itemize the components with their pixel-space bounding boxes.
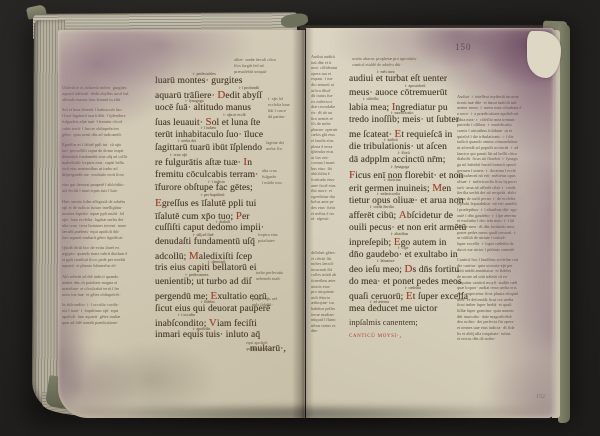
interlinear-gloss: i· altaribus xyxy=(391,231,408,236)
red-initial: A xyxy=(399,209,407,221)
interlinear-gloss: i· uſq̄ ad finē xyxy=(193,232,214,237)
interlinear-gloss: i· perſecutiōes xyxy=(193,71,216,76)
text-segment: inmari equis tuis· inluto aq̄ xyxy=(155,330,260,340)
text-segment: ſuas leuauit· xyxy=(155,118,205,128)
gloss-paragraph: Quidā dicūt hoc de exitu iſrael exægypto… xyxy=(62,245,156,269)
interlinear-gloss: i· miſericordia xyxy=(377,191,400,196)
text-segment: edit abyſſ xyxy=(225,91,262,101)
gloss-line: ducet me uictor ī pſalmis canentē· xyxy=(457,247,553,253)
gloss-line: uehemēs mali· xyxy=(256,276,306,282)
gloss-line: luto aquarū multarū gētes ſignificat· xyxy=(62,235,156,241)
gloss-line: uiā feciſti ī mari equis tuis ī luto· xyxy=(62,188,156,194)
text-segment: er xyxy=(242,212,250,222)
interlinear-gloss: i· cōfeſſio xyxy=(363,96,379,101)
text-segment: uenientib; ut turbo ad diſ xyxy=(155,277,252,287)
gloss-paragraph: Alii referūt ad diē iudicii quandoueniet… xyxy=(62,274,156,298)
side-gloss-block: pauper xp̄s uelppls fideliū· xyxy=(252,296,306,308)
side-gloss-block: aſta cruxfulgurās·ī mūdo toto xyxy=(262,168,306,186)
red-initial: M xyxy=(432,182,442,194)
interlinear-gloss: i· doctrina xyxy=(384,177,401,182)
side-gloss-block: i· xp̄s ſoleccleſia lunaſtāt ī crucedū p… xyxy=(268,96,306,120)
bottom-shadow xyxy=(40,408,560,432)
gloss-line: uerba ſc̄a· xyxy=(266,146,306,152)
interlinear-gloss: i· uerba dei xyxy=(178,138,196,143)
top-gloss-block: oratio abacuc prophetæ pro ignorātiis·ca… xyxy=(352,56,472,68)
text-segment: fremitu cōculcabis terram· xyxy=(155,170,258,180)
text-segment: greſſus es īſalutē ppli tui xyxy=(162,199,257,209)
interlinear-gloss: i· iudicii xyxy=(384,137,398,142)
interlinear-gloss: i· ad æterna xyxy=(370,299,389,304)
interlinear-gloss: i· dæmonū xyxy=(208,259,225,264)
gloss-line: dū patitur· xyxy=(268,114,306,120)
gloss-line: præualebūt umquā· xyxy=(234,69,306,75)
gloss-line: et rectus dn̄s ds̄ noſter· xyxy=(457,336,553,342)
manuscript-line: īſalutē cum xp̄o tuo; Per xyxy=(155,210,307,223)
gloss-line: ī mūdo toto xyxy=(262,180,306,186)
text-segment: luarū montes· gurgites xyxy=(155,76,243,86)
text-segment: ol et luna ſte xyxy=(212,118,261,128)
text-segment: terūt inhabitaculo ſuo· īluce xyxy=(155,130,263,140)
interlinear-gloss: i· apoſtolis xyxy=(193,326,210,331)
text-segment: deo ieſu meo; xyxy=(349,265,404,275)
gloss-paragraph: Uiderūt te et doluerūt mōtes· gurgitesaq… xyxy=(62,85,156,103)
text-segment: t requieſcā in xyxy=(401,130,452,140)
text-segment: en xyxy=(442,184,451,194)
text-segment: afferēt cibū; xyxy=(349,211,399,221)
red-initial: E xyxy=(155,197,162,209)
text-segment: mea deducet me uictor xyxy=(349,304,437,314)
gloss-paragraph: Hæc omnia ſcdm allegoriā de aduētuxp̄i e… xyxy=(62,199,156,242)
gutter-gloss-block: Audiui auditūtuū dn̄e et timui· cōſidera… xyxy=(311,54,348,222)
folio-number: 150 xyxy=(455,42,472,52)
interlinear-gloss: i· ī profundū xyxy=(239,85,259,90)
interlinear-gloss: i· corda ſterilia xyxy=(370,204,394,209)
gloss-line: ppls fideliū· xyxy=(252,302,306,308)
side-gloss-block: ſceptra eiuspoteſtates· xyxy=(258,232,306,244)
gloss-paragraph: In abſcondito· i· ī occulto cordis·uia ī… xyxy=(62,302,156,326)
text-segment: re fulgurātis aſtæ tuæ· xyxy=(155,158,243,168)
red-initial: E xyxy=(406,290,413,302)
interlinear-gloss: i· ſynagoga xyxy=(391,164,409,169)
text-segment: bſcidetur de xyxy=(407,211,453,221)
text-segment: iam feciſti xyxy=(217,319,257,329)
interlinear-gloss: i· per baptiſmū xyxy=(201,192,225,197)
interlinear-gloss: i· cæleſtia xyxy=(405,285,421,290)
gloss-paragraph: Sol et luna ſteterūt ī habitaculo ſuo·ī … xyxy=(62,107,156,137)
gloss-line: quæ ad fidē ueniūt prædicatione· xyxy=(62,320,156,326)
side-gloss-block: aliter· undæ ſæculi cōtraſc̄os ſurgūt ſe… xyxy=(234,57,306,75)
gloss-line: gētes· quia uenit dn̄s ad iudicandū· xyxy=(62,132,156,138)
gloss-line: dn̄e· xyxy=(311,328,348,334)
text-segment: s dn̄s fortitu xyxy=(413,265,460,275)
interlinear-gloss: i· ſc̄orū xyxy=(398,150,410,155)
red-initial: M xyxy=(189,250,199,262)
side-gloss-block: ſagittæ deiuerba ſc̄a· xyxy=(266,140,306,152)
manuscript-photo: Uiderūt te et doluerūt mōtes· gurgitesaq… xyxy=(0,0,600,436)
commentary-block: Audiui· i· intellexi myſteriū incarnatio… xyxy=(457,94,553,252)
interlinear-gloss: i· ī ſpe xyxy=(398,245,408,250)
interlinear-gloss: i· ſynagoga xyxy=(185,98,203,103)
text-segment: inpreſepib; xyxy=(349,238,394,248)
gloss-line: aquarū· et pharao ſubmerſus eſt· xyxy=(62,263,156,269)
text-segment: icus enī non florebit· et non xyxy=(355,171,463,181)
interlinear-gloss: i· fideles xyxy=(201,299,215,304)
interlinear-gloss: i· ī iudæa xyxy=(201,125,216,130)
interlinear-gloss: i· ī occulto xyxy=(178,312,195,317)
manuscript-line: i· ī occultoinabſcondito; Viam feciſti xyxy=(155,317,307,330)
faint-folio-number: 152 xyxy=(536,394,545,400)
text-segment: dn̄o gaudebo· et exultabo in xyxy=(349,250,458,260)
text-segment: aledixiſti ſcep xyxy=(199,252,252,262)
manuscript-line: i· per baptiſmūEgreſſus es īſalutē ppli … xyxy=(155,197,307,210)
gloss-paragraph: eius qui deuorat pauperē ī abſcōdito·uiā… xyxy=(62,182,156,194)
interlinear-gloss: i· crux xp̄i xyxy=(170,152,187,157)
manuscript-line: i· perſecutiōesluarū montes· gurgites xyxy=(155,76,307,89)
text-segment: audiui et turbat eſt uenter xyxy=(349,74,447,84)
interlinear-gloss: i· mortificatio xyxy=(391,110,413,115)
gloss-line: poteſtates· xyxy=(258,238,306,244)
interlinear-gloss: i· mēs mea xyxy=(377,69,395,74)
text-segment: adcollū; xyxy=(155,252,189,262)
text-segment: tietur opus oliuæ· et arua non xyxy=(349,196,464,206)
gloss-line: rā· aſpexit· xyxy=(311,216,348,222)
gutter-gloss-block: diſſoluit gētes·et cōtriti ſūtmōtes ſæcu… xyxy=(311,250,348,334)
gloss-line: diſpergendū me· exultatio eorū ſicut xyxy=(62,172,156,178)
commentary-block: Canticū hoc ī laudibus eccleſiæ cotidie … xyxy=(457,257,553,342)
left-page-margin-glosses: Uiderūt te et doluerūt mōtes· gurgitesaq… xyxy=(62,85,156,330)
interlinear-gloss: i· perſecutores xyxy=(185,272,208,277)
interlinear-gloss: i· ī iudicio xyxy=(208,179,225,184)
gloss-line: altitudo manus ſuas leuauit in altū· xyxy=(62,97,156,103)
manuscript-line: adcollū; Maledixiſti ſcep xyxy=(155,250,307,263)
gloss-line: mitu iræ ſuæ· et gētes obſtupeſcēt· xyxy=(62,292,156,298)
side-gloss-block: equi apoſtoliquibus ueheris· xyxy=(246,340,304,352)
text-segment: n xyxy=(247,158,252,168)
gloss-line: canticū eiuſdē de aduētu dn̄i· xyxy=(352,62,472,68)
interlinear-gloss: i· ſaluatore xyxy=(377,258,394,263)
text-segment: denudaſti fundamentū uſq̄ xyxy=(155,237,255,247)
interlinear-gloss: i· diaboli xyxy=(216,219,231,224)
interlinear-gloss: i· xp̄s et ecclā xyxy=(223,112,245,117)
gloss-paragraph: Egreſſus es ī ſalutē ppli tui· cū xp̄otu… xyxy=(62,142,156,179)
text-segment: labia mea; xyxy=(349,103,392,113)
text-segment: tredo inoſſib; meis· ut ſubter xyxy=(349,115,459,125)
interlinear-gloss: i· apostolorū xyxy=(405,83,425,88)
red-initial: D xyxy=(404,263,412,275)
gloss-line: quibus ueheris· xyxy=(246,346,304,352)
side-gloss-block: turbo perſecutiouehemēs mali· xyxy=(256,270,306,282)
